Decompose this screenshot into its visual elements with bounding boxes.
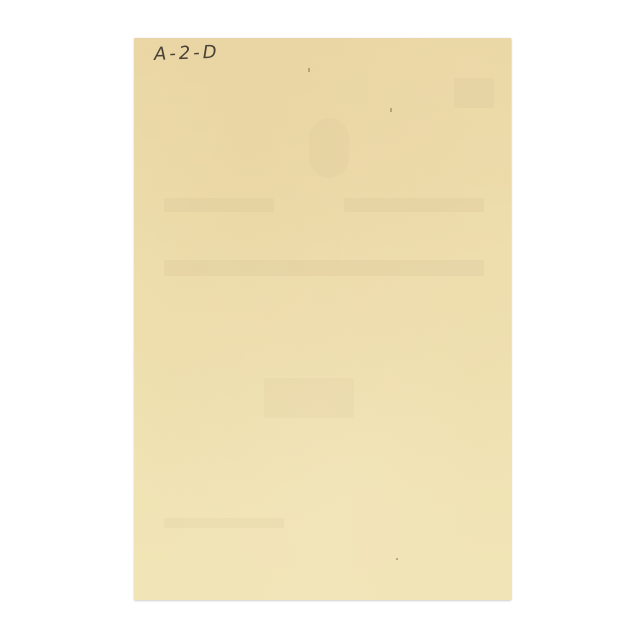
bleed-through-text bbox=[164, 518, 284, 528]
handwritten-annotation: A-2-D bbox=[154, 42, 220, 65]
bleed-through-text bbox=[344, 198, 484, 212]
bleed-through-figure bbox=[264, 378, 354, 418]
paper-speck bbox=[390, 108, 392, 112]
paper-speck bbox=[308, 68, 310, 72]
bleed-through-text bbox=[164, 198, 274, 212]
paper-sheet: A-2-D bbox=[134, 38, 511, 600]
bleed-through-figure bbox=[309, 118, 349, 178]
bleed-through-text bbox=[164, 260, 484, 276]
bleed-through-mark bbox=[454, 78, 494, 108]
paper-speck bbox=[396, 558, 398, 560]
